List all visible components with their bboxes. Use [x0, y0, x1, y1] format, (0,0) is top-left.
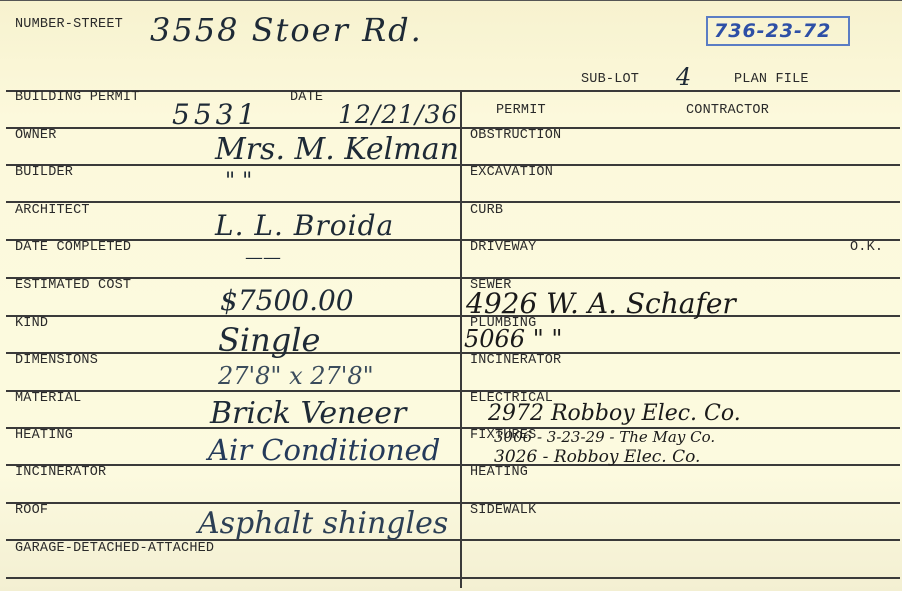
- architect-value: L. L. Broida: [215, 209, 394, 242]
- builder-value: " ": [225, 169, 252, 194]
- number-street-value: 3558 Stoer Rd.: [150, 11, 423, 49]
- contractor-column-header: CONTRACTOR: [686, 103, 769, 118]
- excavation-label: EXCAVATION: [470, 165, 553, 180]
- estimated-cost-label: ESTIMATED COST: [15, 278, 131, 293]
- roof-value: Asphalt shingles: [198, 506, 448, 541]
- sub-lot-label: SUB-LOT: [581, 72, 639, 87]
- dimensions-value: 27'8" x 27'8": [218, 362, 374, 390]
- sidewalk-label: SIDEWALK: [470, 503, 536, 518]
- electrical-value: 2972 Robboy Elec. Co.: [488, 401, 741, 426]
- rule: [6, 239, 900, 241]
- rule: [6, 390, 900, 392]
- rule: [6, 427, 900, 429]
- obstruction-label: OBSTRUCTION: [470, 128, 561, 143]
- material-value: Brick Veneer: [210, 396, 406, 431]
- driveway-label: DRIVEWAY: [470, 240, 536, 255]
- date-value: 12/21/36: [338, 100, 458, 129]
- permit-column-header: PERMIT: [496, 103, 546, 118]
- garage-label: GARAGE-DETACHED-ATTACHED: [15, 541, 214, 556]
- date-completed-value: ——: [245, 247, 281, 268]
- sewer-value: 4926 W. A. Schafer: [466, 287, 736, 320]
- dimensions-label: DIMENSIONS: [15, 353, 98, 368]
- heating-label: HEATING: [15, 428, 73, 443]
- owner-value: Mrs. M. Kelman: [215, 132, 459, 167]
- heating-value: Air Conditioned: [208, 433, 440, 467]
- rule: [6, 201, 900, 203]
- sub-lot-value: 4: [676, 63, 691, 91]
- roof-label: ROOF: [15, 503, 48, 518]
- heating-permit-value: 3026 - Robboy Elec. Co.: [494, 447, 700, 467]
- number-street-label: NUMBER-STREET: [15, 17, 123, 32]
- kind-value: Single: [218, 321, 320, 359]
- date-label: DATE: [290, 90, 323, 105]
- date-completed-label: DATE COMPLETED: [15, 240, 131, 255]
- rule: [6, 315, 900, 317]
- plan-file-label: PLAN FILE: [734, 72, 809, 87]
- builder-label: BUILDER: [15, 165, 73, 180]
- incinerator-permit-label: INCINERATOR: [470, 353, 561, 368]
- curb-label: CURB: [470, 203, 503, 218]
- rule: [6, 464, 900, 466]
- kind-label: KIND: [15, 316, 48, 331]
- rule: [6, 277, 900, 279]
- heating-permit-label: HEATING: [470, 465, 528, 480]
- rule: [6, 90, 900, 92]
- estimated-cost-value: $7500.00: [220, 284, 354, 317]
- incinerator-label: INCINERATOR: [15, 465, 106, 480]
- building-permit-value: 5531: [172, 98, 259, 131]
- column-divider: [460, 90, 462, 588]
- rule: [6, 352, 900, 354]
- material-label: MATERIAL: [15, 391, 81, 406]
- file-number-stamp: 736-23-72: [706, 16, 850, 46]
- plumbing-value: 5066 " ": [464, 325, 562, 353]
- fixtures-value: 3006 - 3-23-29 - The May Co.: [494, 428, 715, 446]
- owner-label: OWNER: [15, 128, 57, 143]
- rule: [6, 502, 900, 504]
- rule: [6, 577, 900, 579]
- building-permit-label: BUILDING PERMIT: [15, 90, 140, 105]
- architect-label: ARCHITECT: [15, 203, 90, 218]
- driveway-note: O.K.: [850, 240, 883, 255]
- building-permit-card: NUMBER-STREET 3558 Stoer Rd. 736-23-72 S…: [0, 0, 902, 591]
